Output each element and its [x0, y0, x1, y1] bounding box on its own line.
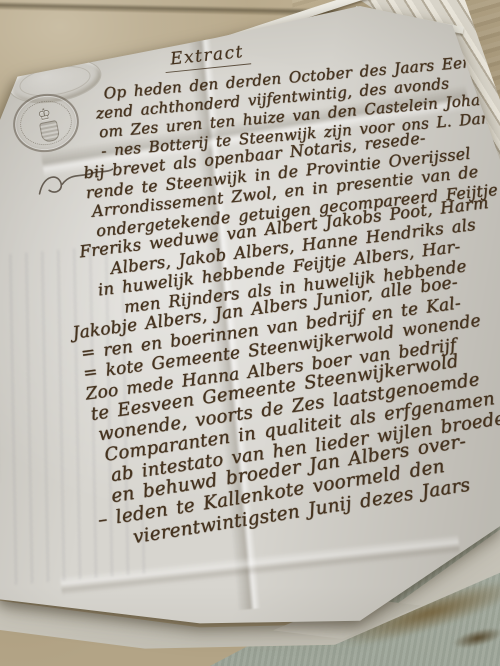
photo-of-manuscript: ♔ Extract Op heden den derden October de… [0, 0, 500, 666]
manuscript-lines: Op heden den derden October des Jaars Ee… [49, 38, 500, 553]
document-paper: ♔ Extract Op heden den derden October de… [0, 0, 500, 666]
document-paper-shadow: ♔ Extract Op heden den derden October de… [0, 0, 500, 666]
manuscript-text-block: Extract Op heden den derden October des … [46, 11, 500, 553]
